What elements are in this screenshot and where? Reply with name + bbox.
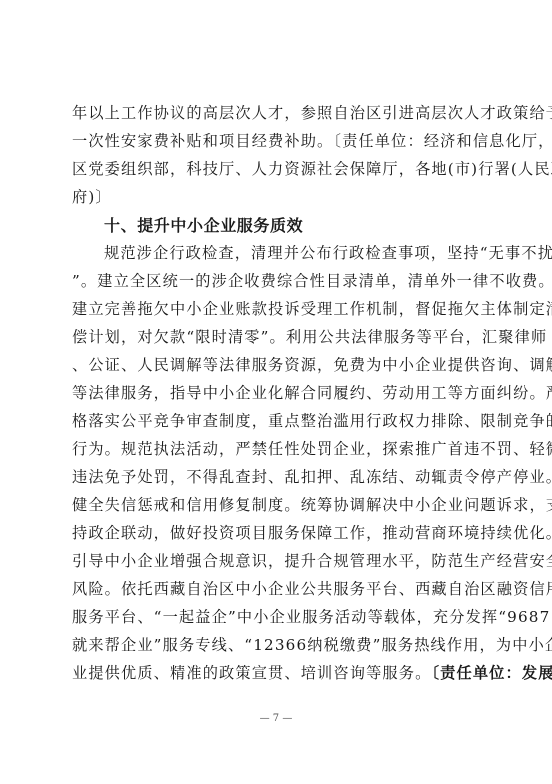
text-line: 服务平台、“一起益企”中小企业服务活动等载体，充分发挥“96871 [72, 607, 480, 627]
text-segment: 业提供优质、精准的政策宣贯、培训咨询等服务。 [72, 664, 431, 682]
text-line: 业提供优质、精准的政策宣贯、培训咨询等服务。〔责任单位：发展 [72, 663, 480, 683]
text-line: 、公证、人民调解等法律服务资源，免费为中小企业提供咨询、调解 [72, 355, 480, 375]
text-line: 就来帮企业”服务专线、“12366纳税缴费”服务热线作用，为中小企 [72, 635, 480, 655]
text-line: 格落实公平竞争审查制度，重点整治滥用行政权力排除、限制竞争的 [72, 411, 480, 431]
document-page: 年以上工作协议的高层次人才，参照自治区引进高层次人才政策给予 一次性安家费补贴和… [0, 0, 552, 784]
responsible-unit-label: 〔责任单位：发展 [431, 664, 552, 682]
text-line: 风险。依托西藏自治区中小企业公共服务平台、西藏自治区融资信用 [72, 579, 480, 599]
text-line: 府)〕 [72, 187, 480, 207]
text-line: 行为。规范执法活动，严禁任性处罚企业，探索推广首违不罚、轻微 [72, 439, 480, 459]
section-heading: 十、提升中小企业服务质效 [104, 213, 303, 236]
text-line: 年以上工作协议的高层次人才，参照自治区引进高层次人才政策给予 [72, 103, 480, 123]
paragraph-first-line: 规范涉企行政检查，清理并公布行政检查事项，坚持“无事不扰 [104, 243, 480, 263]
text-line: 持政企联动，做好投资项目服务保障工作，推动营商环境持续优化。 [72, 523, 480, 543]
text-line: 等法律服务，指导中小企业化解合同履约、劳动用工等方面纠纷。严 [72, 383, 480, 403]
text-line: 一次性安家费补贴和项目经费补助。〔责任单位：经济和信息化厅， [72, 131, 480, 151]
text-line: 违法免予处罚，不得乱查封、乱扣押、乱冻结、动辄责令停产停业。 [72, 467, 480, 487]
text-line: 偿计划，对欠款“限时清零”。利用公共法律服务等平台，汇聚律师 [72, 327, 480, 347]
text-line: 建立完善拖欠中小企业账款投诉受理工作机制，督促拖欠主体制定清 [72, 299, 480, 319]
text-line: 区党委组织部，科技厅、人力资源社会保障厅，各地(市)行署(人民政 [72, 159, 480, 179]
text-line: ”。建立全区统一的涉企收费综合性目录清单，清单外一律不收费。 [72, 271, 480, 291]
text-line: 健全失信惩戒和信用修复制度。统筹协调解决中小企业问题诉求，支 [72, 495, 480, 515]
text-line: 引导中小企业增强合规意识，提升合规管理水平，防范生产经营安全 [72, 551, 480, 571]
page-number: — 7 — [0, 713, 552, 724]
